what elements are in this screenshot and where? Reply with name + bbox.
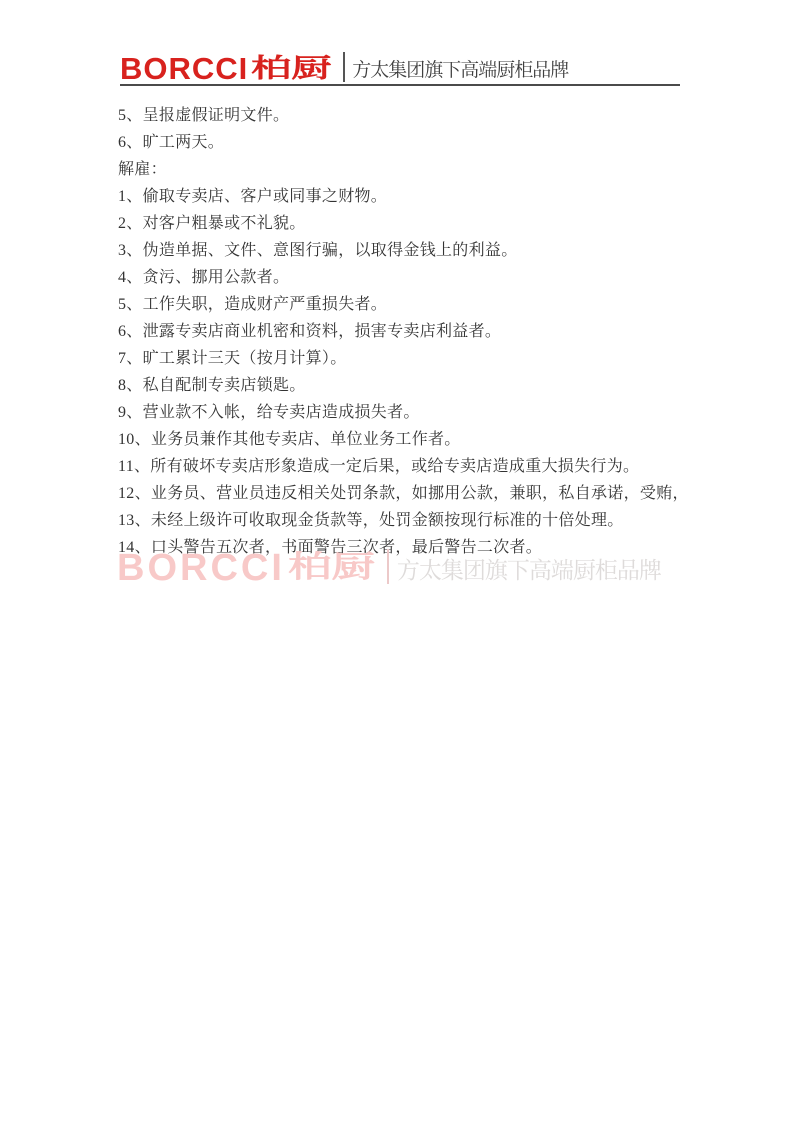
list-item: 3、伪造单据、文件、意图行骗，以取得金钱上的利益。 <box>118 237 688 264</box>
list-item: 5、工作失职，造成财产严重损失者。 <box>118 291 688 318</box>
list-item: 6、泄露专卖店商业机密和资料，损害专卖店利益者。 <box>118 318 688 345</box>
watermark-tagline: 方太集团旗下高端厨柜品牌 <box>397 557 661 584</box>
list-item: 7、旷工累计三天（按月计算）。 <box>118 345 688 372</box>
list-item: 2、对客户粗暴或不礼貌。 <box>118 210 688 237</box>
list-item: 10、业务员兼作其他专卖店、单位业务工作者。 <box>118 426 688 453</box>
list-item: 12、业务员、营业员违反相关处罚条款，如挪用公款，兼职，私自承诺，受贿， <box>118 480 688 507</box>
list-item: 9、营业款不入帐，给专卖店造成损失者。 <box>118 399 688 426</box>
brand-watermark: BORCCI 柏厨 方太集团旗下高端厨柜品牌 <box>117 549 661 584</box>
logo-separator-bar <box>343 52 345 82</box>
list-item: 6、旷工两天。 <box>118 129 688 156</box>
list-item: 4、贪污、挪用公款者。 <box>118 264 688 291</box>
document-page: { "header": { "logo_latin": "BORCCI", "l… <box>0 0 800 1131</box>
borcci-logo-cn-wrap: 柏厨 <box>251 55 341 82</box>
watermark-separator-bar <box>387 549 389 584</box>
list-item: 13、未经上级许可收取现金货款等，处罚金额按现行标准的十倍处理。 <box>118 507 688 534</box>
brand-tagline: 方太集团旗下高端厨柜品牌 <box>352 60 568 82</box>
watermark-logo-cn: 柏厨 <box>288 551 375 584</box>
list-item: 1、偷取专卖店、客户或同事之财物。 <box>118 183 688 210</box>
section-heading: 解雇： <box>118 156 688 183</box>
brand-header: BORCCI 柏厨 方太集团旗下高端厨柜品牌 <box>120 52 680 86</box>
watermark-logo-latin: BORCCI <box>117 552 285 584</box>
list-item: 8、私自配制专卖店锁匙。 <box>118 372 688 399</box>
document-text-block: 5、呈报虚假证明文件。 6、旷工两天。 解雇： 1、偷取专卖店、客户或同事之财物… <box>118 102 688 561</box>
list-item: 5、呈报虚假证明文件。 <box>118 102 688 129</box>
brand-logo: BORCCI 柏厨 方太集团旗下高端厨柜品牌 <box>120 52 680 82</box>
borcci-logo-latin: BORCCI <box>120 56 248 82</box>
list-item: 11、所有破坏专卖店形象造成一定后果，或给专卖店造成重大损失行为。 <box>118 453 688 480</box>
borcci-logo-cn: 柏厨 <box>251 55 332 82</box>
watermark-logo-cn-wrap: 柏厨 <box>288 551 384 584</box>
